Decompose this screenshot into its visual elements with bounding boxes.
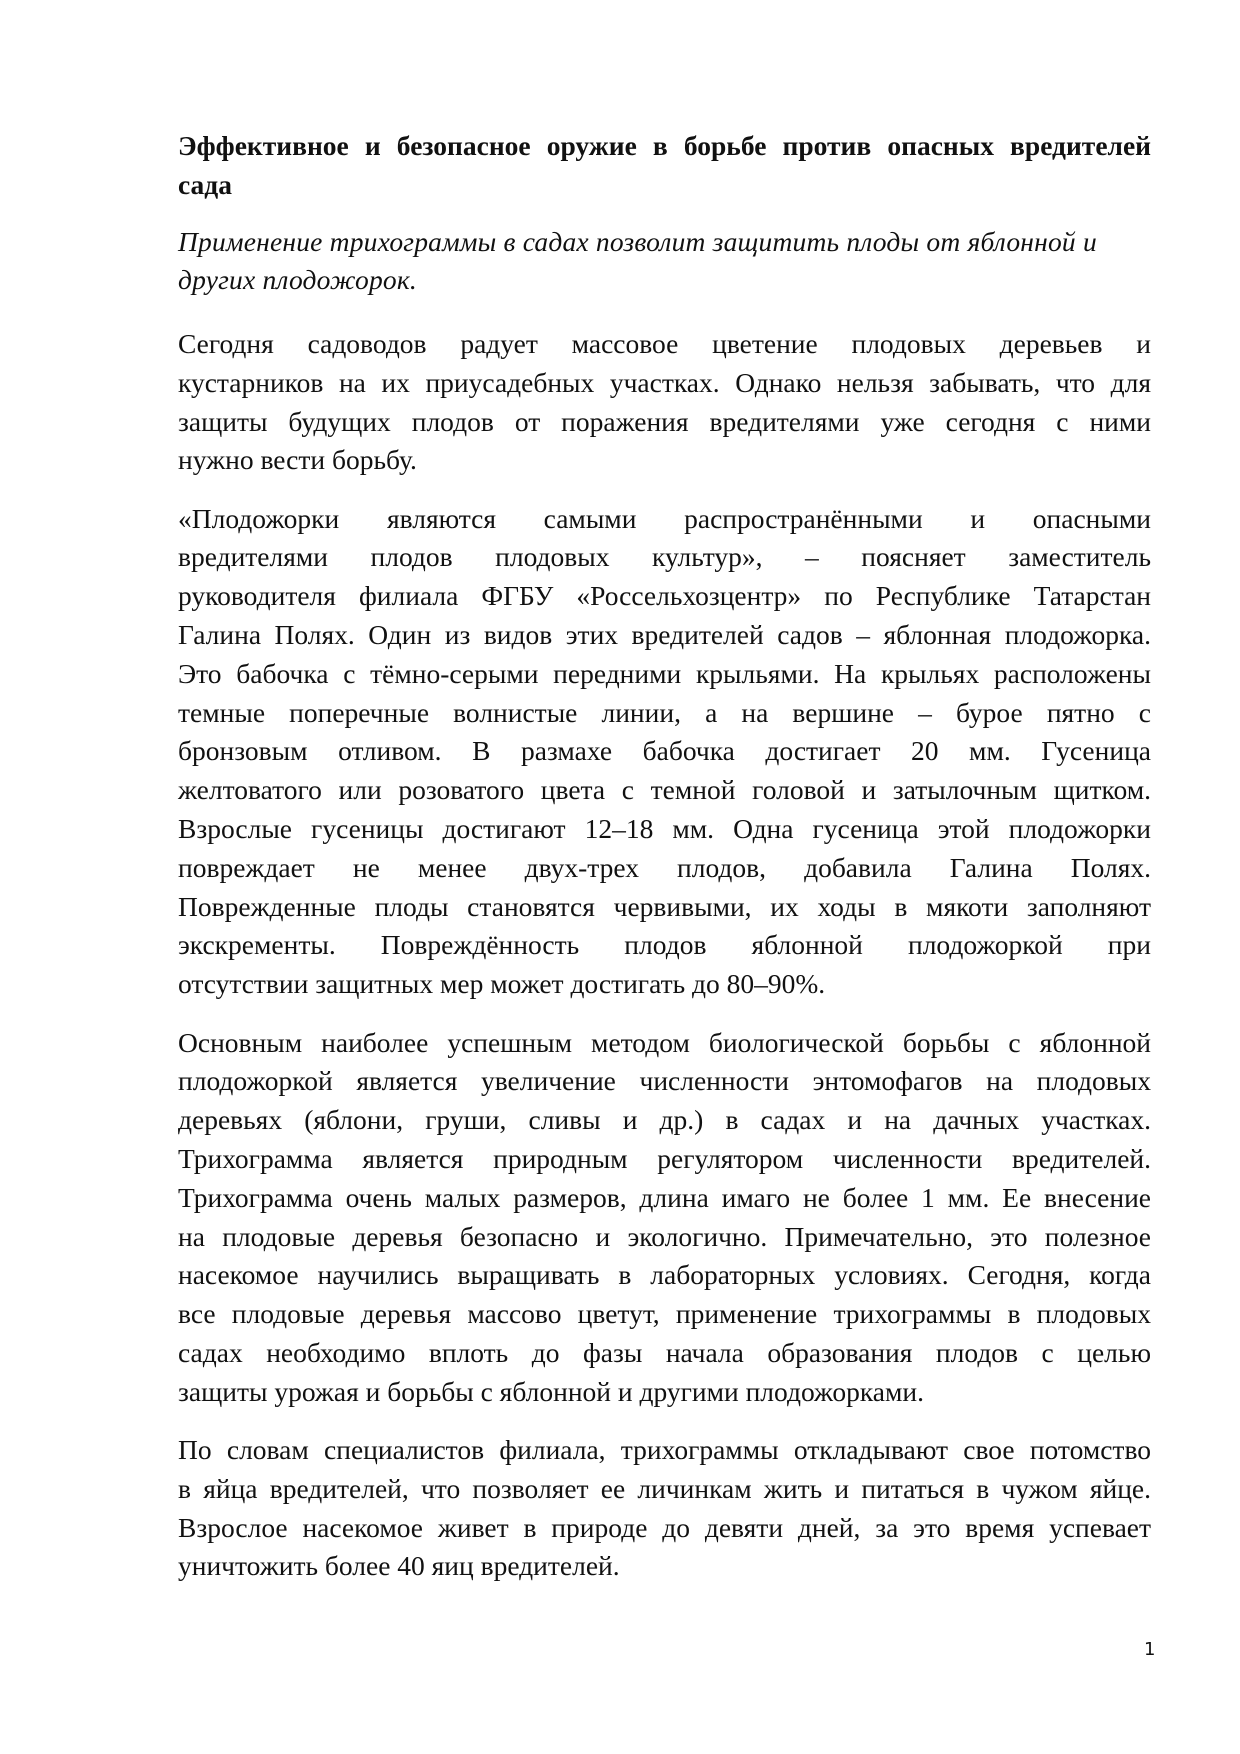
paragraph-2: «Плодожорки являются самыми распространё… xyxy=(178,500,1151,1004)
text-line: Поврежденные плоды становятся червивыми,… xyxy=(178,888,1151,927)
document-body: Эффективное и безопасное оружие в борьбе… xyxy=(178,126,1151,1606)
text-line: Галина Полях. Один из видов этих вредите… xyxy=(178,616,1151,655)
text-line: все плодовые деревья массово цветут, при… xyxy=(178,1295,1151,1334)
text-line: «Плодожорки являются самыми распространё… xyxy=(178,500,1151,539)
paragraph-3: Основным наиболее успешным методом биоло… xyxy=(178,1024,1151,1412)
text-line: в яйца вредителей, что позволяет ее личи… xyxy=(178,1470,1151,1509)
text-line: вредителями плодов плодовых культур», – … xyxy=(178,538,1151,577)
text-line: Взрослое насекомое живет в природе до де… xyxy=(178,1509,1151,1548)
text-line: отсутствии защитных мер может достигать … xyxy=(178,965,1151,1004)
lead-line: Применение трихограммы в садах позволит … xyxy=(178,223,1151,261)
text-line: Это бабочка с тёмно-серыми передними кры… xyxy=(178,655,1151,694)
text-line: экскременты. Повреждённость плодов яблон… xyxy=(178,926,1151,965)
text-line: желтоватого или розоватого цвета с темно… xyxy=(178,771,1151,810)
text-line: защиты будущих плодов от поражения вреди… xyxy=(178,403,1151,442)
article-title: Эффективное и безопасное оружие в борьбе… xyxy=(178,126,1151,204)
text-line: бронзовым отливом. В размахе бабочка дос… xyxy=(178,732,1151,771)
text-line: садах необходимо вплоть до фазы начала о… xyxy=(178,1334,1151,1373)
text-line: Основным наиболее успешным методом биоло… xyxy=(178,1024,1151,1063)
paragraph-4: По словам специалистов филиала, трихогра… xyxy=(178,1431,1151,1586)
text-line: кустарников на их приусадебных участках.… xyxy=(178,364,1151,403)
title-line: Эффективное и безопасное оружие в борьбе… xyxy=(178,126,1151,165)
document-page: Эффективное и безопасное оружие в борьбе… xyxy=(0,0,1240,1754)
text-line: повреждает не менее двух-трех плодов, до… xyxy=(178,849,1151,888)
article-lead: Применение трихограммы в садах позволит … xyxy=(178,223,1151,299)
lead-line: других плодожорок. xyxy=(178,261,1151,299)
title-line: сада xyxy=(178,165,1151,204)
text-line: насекомое научились выращивать в лаборат… xyxy=(178,1256,1151,1295)
text-line: уничтожить более 40 яиц вредителей. xyxy=(178,1547,1151,1586)
text-line: Трихограмма является природным регулятор… xyxy=(178,1140,1151,1179)
text-line: руководителя филиала ФГБУ «Россельхозцен… xyxy=(178,577,1151,616)
text-line: деревьях (яблони, груши, сливы и др.) в … xyxy=(178,1101,1151,1140)
text-line: защиты урожая и борьбы с яблонной и друг… xyxy=(178,1373,1151,1412)
page-number: 1 xyxy=(1144,1638,1155,1662)
text-line: По словам специалистов филиала, трихогра… xyxy=(178,1431,1151,1470)
text-line: плодожоркой является увеличение численно… xyxy=(178,1062,1151,1101)
text-line: Сегодня садоводов радует массовое цветен… xyxy=(178,325,1151,364)
text-line: на плодовые деревья безопасно и экологич… xyxy=(178,1218,1151,1257)
text-line: нужно вести борьбу. xyxy=(178,441,1151,480)
text-line: Взрослые гусеницы достигают 12–18 мм. Од… xyxy=(178,810,1151,849)
text-line: Трихограмма очень малых размеров, длина … xyxy=(178,1179,1151,1218)
paragraph-1: Сегодня садоводов радует массовое цветен… xyxy=(178,325,1151,480)
text-line: темные поперечные волнистые линии, а на … xyxy=(178,694,1151,733)
